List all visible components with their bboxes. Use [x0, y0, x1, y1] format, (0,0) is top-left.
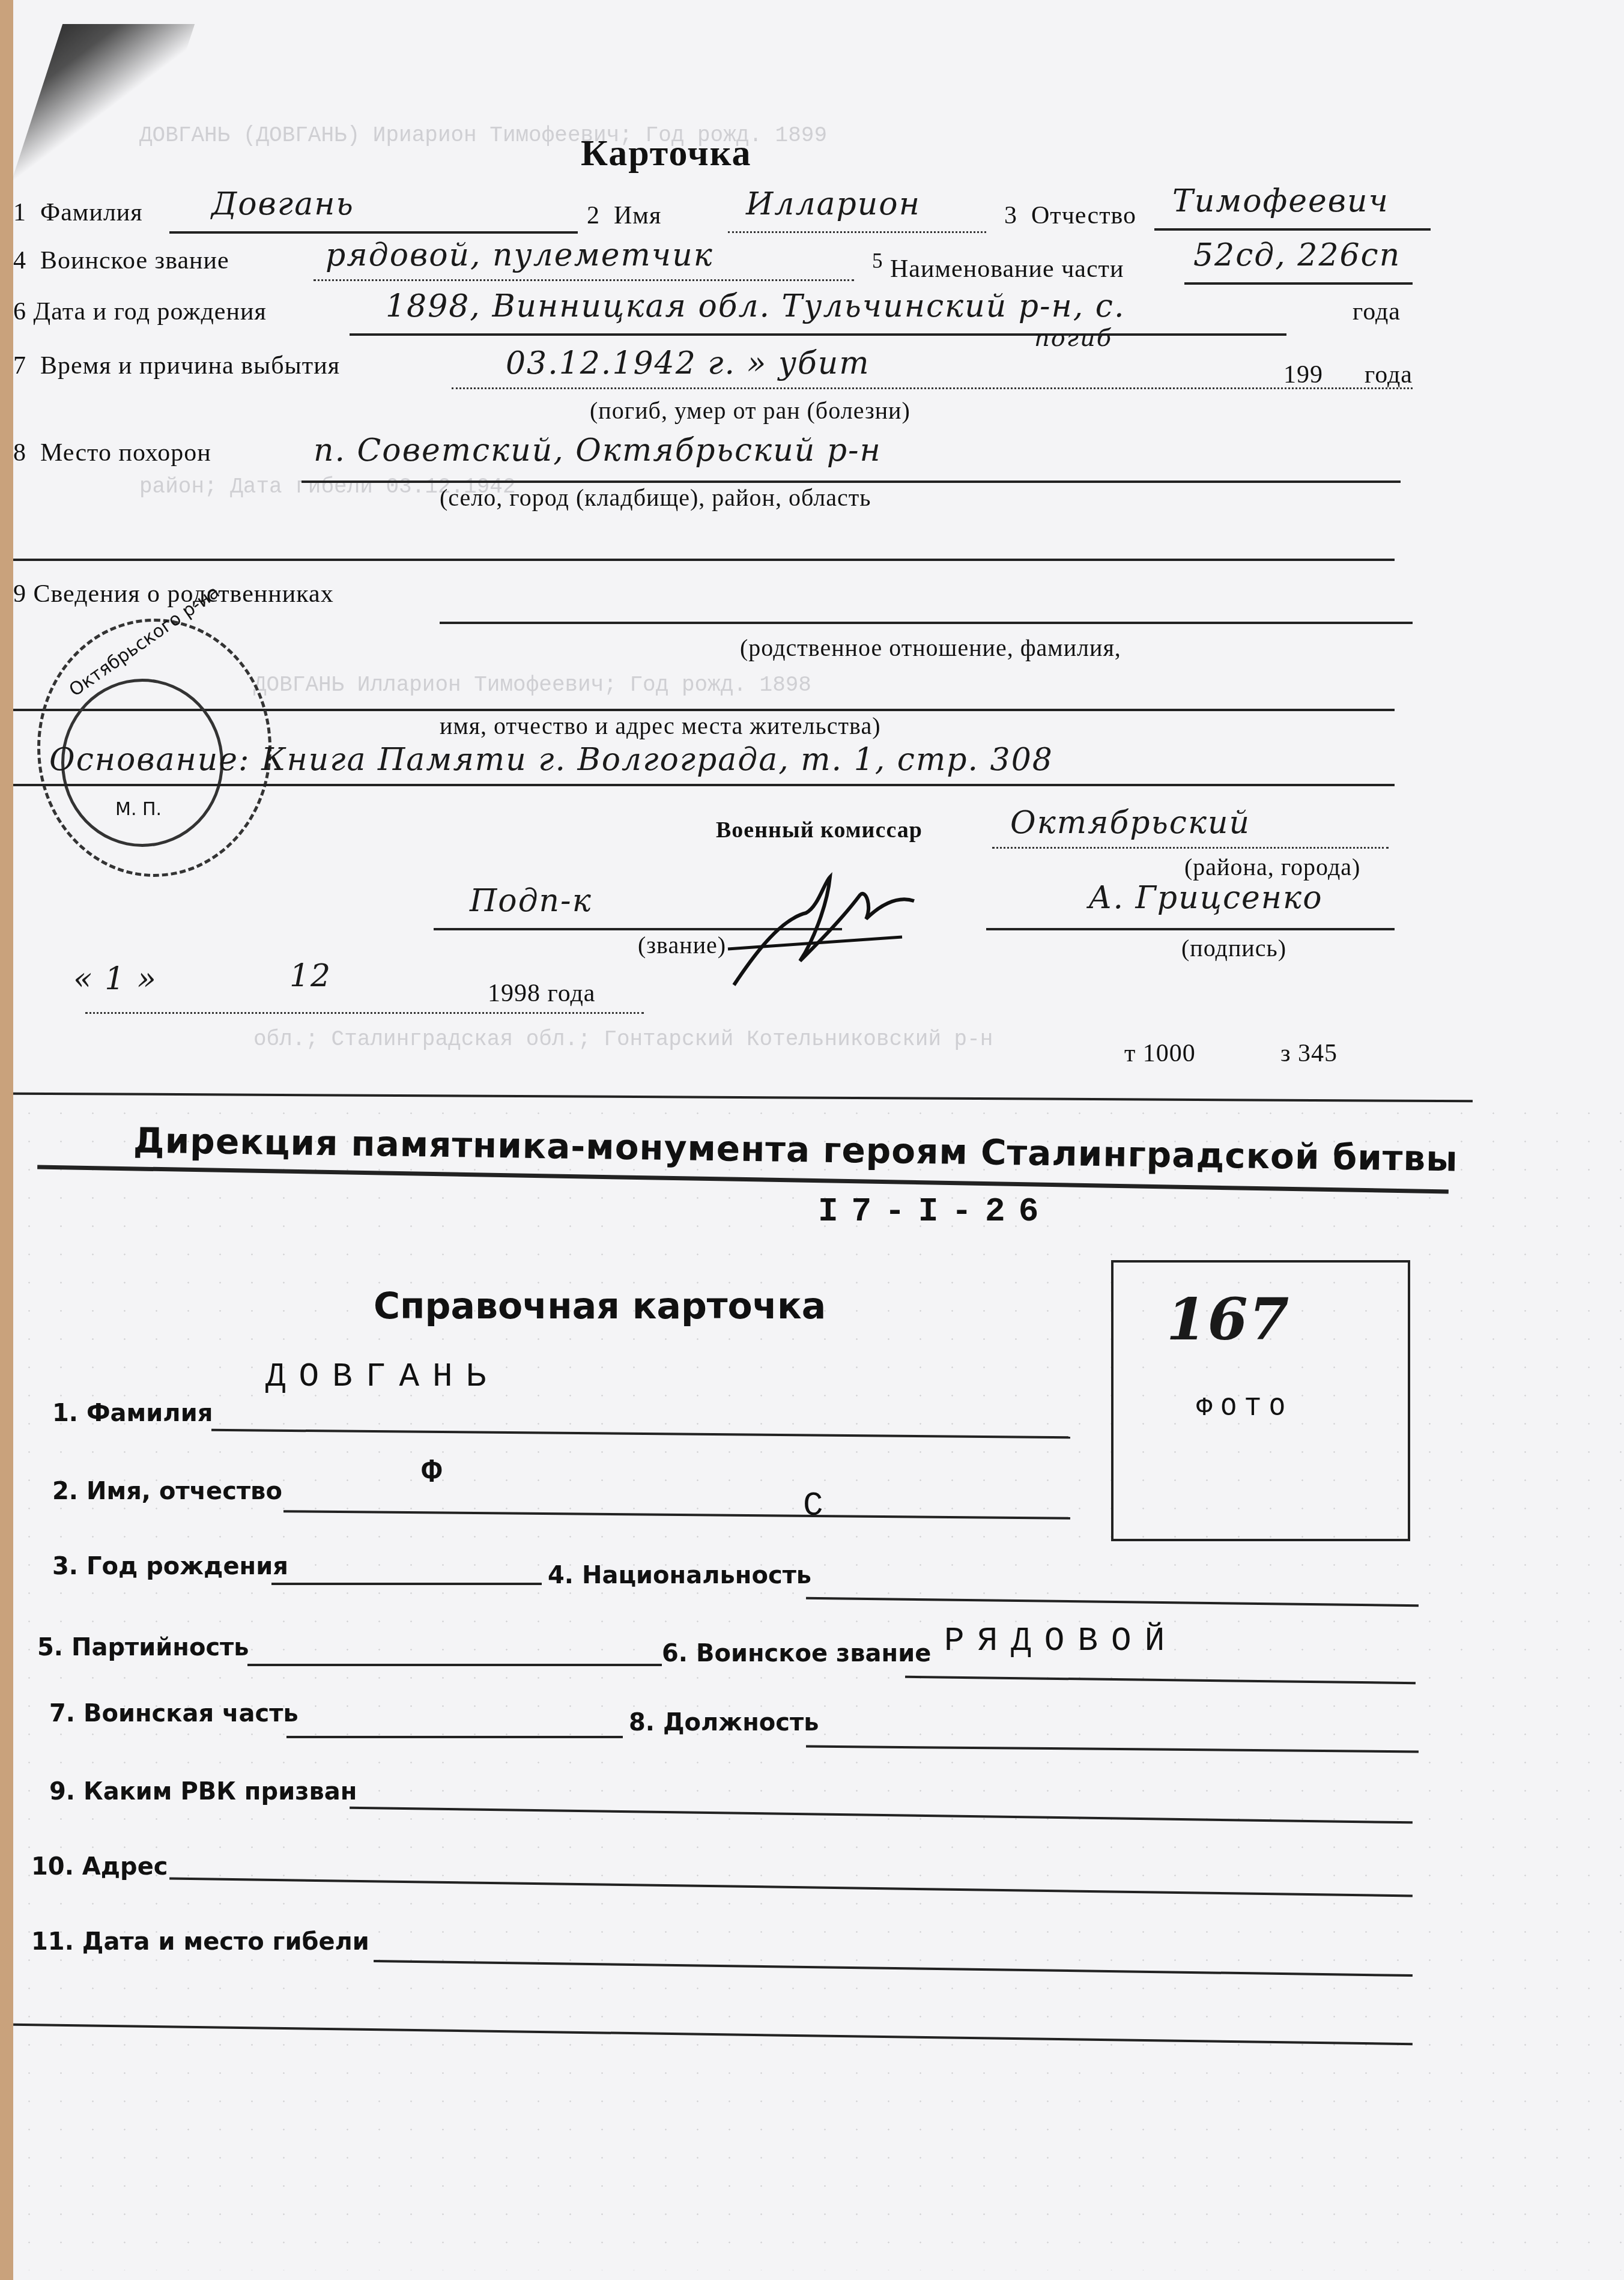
photo-label: ФОТО [1196, 1393, 1294, 1423]
photo-number: 167 [1166, 1285, 1290, 1353]
rank-line [314, 279, 854, 281]
field-party-line [247, 1664, 662, 1666]
name-value: Илларион [746, 186, 921, 222]
loss-year-prefix: 199 [1283, 360, 1323, 389]
birth-suffix: года [1353, 297, 1401, 326]
loss-line [452, 387, 1413, 389]
name-initial: Ф [422, 1454, 455, 1492]
stamp-mp: М. П. [115, 799, 162, 820]
folded-corner-shadow [12, 24, 195, 180]
field-unit-label: 7. Воинская часть [49, 1700, 298, 1727]
field-birth-year-label: 3. Год рождения [52, 1553, 288, 1580]
field-nationality-label: 4. Национальность [548, 1562, 811, 1589]
card-title: Карточка [581, 132, 752, 175]
archive-code: I7-I-26 [818, 1192, 1052, 1231]
surname-typed-value: ДОВГАНЬ [265, 1357, 499, 1396]
name-label: 2 Имя [587, 201, 661, 230]
commissar-label: Военный комиссар [716, 817, 923, 843]
unit-line [1184, 282, 1413, 285]
relatives-hint-2: имя, отчество и адрес места жительства) [440, 712, 881, 740]
loss-suffix: года [1365, 360, 1413, 389]
burial-line-2 [13, 559, 1395, 561]
field-rank-label: 6. Воинское звание [662, 1640, 931, 1667]
field-name-label: 2. Имя, отчество [52, 1478, 282, 1505]
patronymic-line [1154, 228, 1431, 231]
name-line [728, 231, 986, 233]
date-year: 1998 года [488, 979, 595, 1008]
field-party-label: 5. Партийность [37, 1634, 249, 1661]
commissar-district: Октябрьский [1010, 805, 1250, 841]
patronymic-label: 3 Отчество [1004, 201, 1136, 230]
rank-signature-hint: (звание) [638, 931, 726, 959]
field-unit-line [286, 1736, 623, 1738]
print-run: т 1000 [1124, 1039, 1196, 1068]
surname-value: Довгань [211, 186, 354, 222]
loss-hint: (погиб, умер от ран (болезни) [590, 396, 910, 425]
document-page: ДОВГАНЬ (ДОВГАНЬ) Ириарион Тимофеевич; Г… [13, 0, 1624, 2280]
surname-line [169, 231, 578, 234]
patronymic-value: Тимофеевич [1172, 183, 1389, 219]
field-address-label: 10. Адрес [31, 1853, 168, 1881]
burial-hint: (село, город (кладбище), район, область [440, 484, 871, 512]
signature-line [986, 928, 1395, 930]
desk-edge [0, 0, 13, 2280]
signature-scribble [722, 871, 974, 991]
unit-label: 5 Наименование части [872, 249, 1124, 283]
commissar-district-hint: (района, города) [1184, 853, 1360, 881]
rank-label: 4 Воинское звание [13, 246, 229, 275]
birth-value: 1898, Винницкая обл. Тульчинский р-н, с. [386, 288, 1125, 324]
burial-value: п. Советский, Октябрьский р-н [314, 432, 882, 468]
signature-hint: (подпись) [1181, 934, 1286, 962]
date-day: « 1 » [73, 961, 157, 997]
date-line [85, 1012, 644, 1014]
commissar-district-line [992, 847, 1389, 849]
field-death-label: 11. Дата и место гибели [31, 1928, 369, 1956]
loss-above-note: погиб [1034, 324, 1112, 352]
burial-label: 8 Место похорон [13, 438, 211, 467]
relatives-label: 9 Сведения о родственниках [13, 580, 334, 608]
rank-value: рядовой, пулеметчик [326, 237, 714, 273]
loss-label: 7 Время и причина выбытия [13, 351, 340, 380]
basis-note: Основание: Книга Памяти г. Волгограда, т… [49, 742, 1053, 778]
order-number: з 345 [1280, 1039, 1338, 1068]
relatives-hint-1: (родственное отношение, фамилия, [740, 634, 1121, 662]
unit-value: 52сд, 226сп [1193, 237, 1401, 273]
date-month: 12 [289, 958, 332, 994]
field-rvk-label: 9. Каким РВК призван [49, 1778, 357, 1806]
birth-line [350, 333, 1286, 336]
bleed-through-text: ДОВГАНЬ Илларион Тимофеевич; Год рожд. 1… [253, 673, 811, 697]
loss-value: 03.12.1942 г. » убит [506, 345, 870, 381]
rank-signature-value: Подп-к [470, 883, 592, 919]
surname-label: 1 Фамилия [13, 198, 143, 227]
patronymic-initial: С [803, 1487, 837, 1525]
basis-line [13, 784, 1395, 786]
burial-line [301, 481, 1401, 483]
rank-typed-value: РЯДОВОЙ [944, 1622, 1178, 1660]
field-birth-year-line [271, 1583, 542, 1585]
field-position-label: 8. Должность [629, 1709, 819, 1736]
signature-name: А. Грицсенко [1088, 880, 1323, 916]
bleed-through-text: обл.; Сталинградская обл.; Гонтарский Ко… [253, 1027, 993, 1052]
field-surname-label: 1. Фамилия [52, 1399, 213, 1427]
reference-card-title: Справочная карточка [374, 1285, 826, 1327]
birth-label: 6 Дата и год рождения [13, 297, 267, 326]
relatives-line [440, 622, 1413, 624]
